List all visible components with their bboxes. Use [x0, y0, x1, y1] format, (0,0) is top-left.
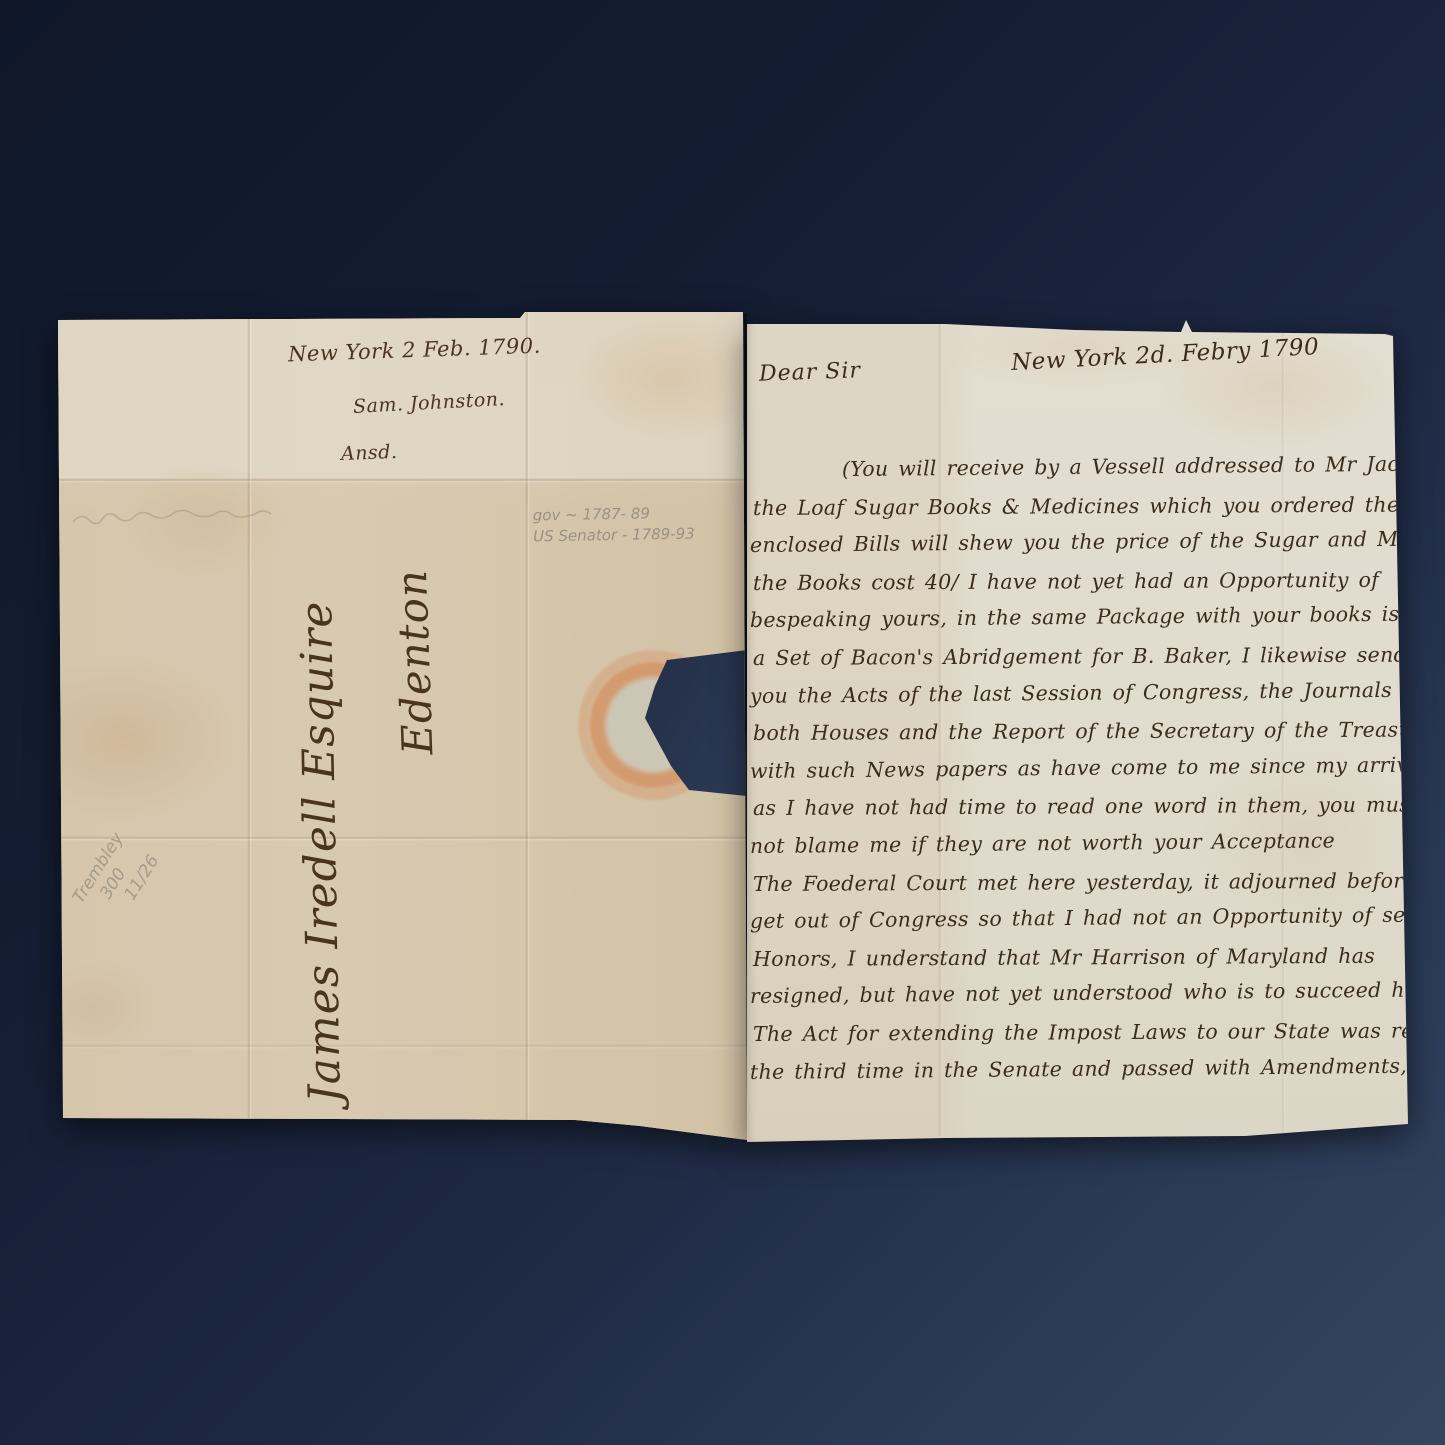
pencil-note-line: gov ~ 1787- 89 [533, 503, 695, 527]
pencil-note-line: US Senator - 1789-93 [533, 524, 695, 548]
address-leaf: New York 2 Feb. 1790. Sam. Johnston. Ans… [55, 308, 747, 1142]
fold-crease [525, 312, 530, 1122]
docket-answered: Ansd. [341, 441, 398, 465]
dateline: New York 2d. Febry 1790 [1011, 334, 1320, 376]
letter-line: get out of Congress so that I had not an… [750, 897, 1405, 941]
letter-page-paper: Dear Sir New York 2d. Febry 1790 (You wi… [745, 316, 1413, 1144]
fold-crease [58, 478, 746, 483]
letter-line: not blame me if they are not worth your … [750, 822, 1405, 866]
letter-line: (You will receive by a Vessell addressed… [750, 446, 1405, 490]
addressee-place: Edenton [361, 551, 480, 1104]
docket-sender: Sam. Johnston. [353, 388, 506, 418]
letter-line: the third time in the Senate and passed … [750, 1047, 1405, 1091]
addressee-name: James Iredell Esquire [266, 552, 376, 1104]
letter-page: Dear Sir New York 2d. Febry 1790 (You wi… [745, 316, 1413, 1144]
letter-line: with such News papers as have come to me… [750, 746, 1405, 790]
letter-line: both Houses and the Report of the Secret… [753, 712, 1405, 753]
letter-line: bespeaking yours, in the same Package wi… [750, 596, 1405, 640]
pencil-biography-note: gov ~ 1787- 89 US Senator - 1789-93 [533, 503, 695, 548]
salutation: Dear Sir [759, 358, 862, 387]
docket-date: New York 2 Feb. 1790. [288, 334, 542, 367]
letter-photograph: New York 2 Feb. 1790. Sam. Johnston. Ans… [0, 0, 1445, 1445]
letter-body: (You will receive by a Vessell addressed… [750, 452, 1405, 1091]
fold-crease [247, 314, 252, 1118]
faint-pencil-scribble [69, 504, 299, 532]
letter-line: you the Acts of the last Session of Cong… [750, 671, 1405, 715]
letter-line: The Act for extending the Impost Laws to… [753, 1012, 1405, 1053]
address-block: James Iredell Esquire Edenton [271, 553, 481, 1103]
pencil-dealer-note: Trembley 300 11/26 [69, 829, 164, 929]
letter-line: enclosed Bills will shew you the price o… [750, 521, 1405, 565]
letter-line: resigned, but have not yet understood wh… [750, 972, 1405, 1016]
letter-line: a Set of Bacon's Abridgement for B. Bake… [753, 637, 1405, 678]
address-leaf-paper: New York 2 Feb. 1790. Sam. Johnston. Ans… [55, 308, 747, 1142]
